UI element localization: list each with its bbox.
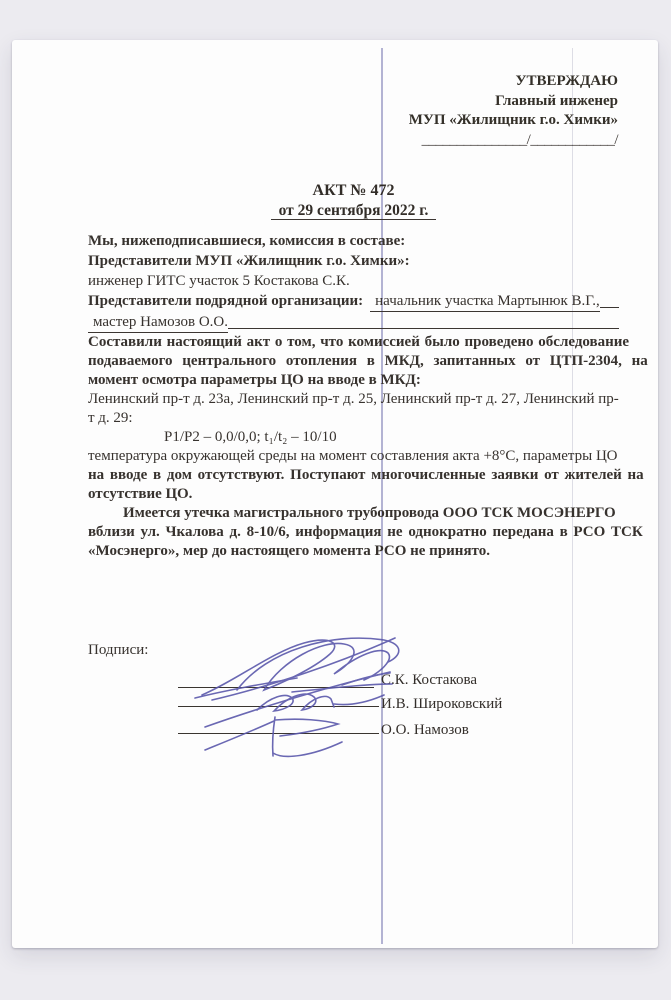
act-paragraph-3-line-2: вблизи ул. Чкалова д. 8-10/6, информация… <box>88 523 619 542</box>
act-paragraph-1-line-2: подаваемого центрального отопления в МКД… <box>88 352 619 371</box>
commission-mup-header: Представители МУП «Жилищник г.о. Химки»: <box>88 251 619 271</box>
signature-line-1 <box>178 687 374 688</box>
contractor-name-2: мастер Намозов О.О. <box>88 312 228 333</box>
signature-ink-2 <box>205 672 390 727</box>
ruled-line <box>228 312 619 329</box>
approval-org: МУП «Жилищник г.о. Химки» <box>409 111 618 131</box>
signature-ink-1 <box>237 638 399 690</box>
signature-line-3 <box>178 733 379 734</box>
signature-ink-2 <box>334 695 384 705</box>
signature-ink-3 <box>273 742 342 756</box>
scanned-document-view: УТВЕРЖДАЮ Главный инженер МУП «Жилищник … <box>0 0 671 1000</box>
approval-role: Главный инженер <box>409 92 618 112</box>
document-title: АКТ № 472 <box>88 182 619 200</box>
signatures-label: Подписи: <box>88 642 148 659</box>
parameters-line: Р1/Р2 – 0,0/0,0; t₁/t₂ – 10/10 <box>88 428 619 447</box>
commission-intro: Мы, нижеподписавшиеся, комиссия в состав… <box>88 231 619 251</box>
approval-signature-blank: _______________/____________/ <box>409 131 618 151</box>
commission-contractor-line-2: мастер Намозов О.О. <box>88 312 619 333</box>
document-date-text: от 29 сентября 2022 г. <box>271 202 437 220</box>
approval-block: УТВЕРЖДАЮ Главный инженер МУП «Жилищник … <box>409 72 618 150</box>
act-paragraph-2-line-3: отсутствие ЦО. <box>88 485 619 504</box>
signature-ink-3 <box>205 721 274 750</box>
document-date: от 29 сентября 2022 г. <box>88 202 619 220</box>
ruled-line <box>600 291 619 308</box>
spacer <box>363 291 370 312</box>
signature-ink-1 <box>212 638 395 700</box>
contractor-name-1: начальник участка Мартынюк В.Г., <box>370 291 600 312</box>
document-page: УТВЕРЖДАЮ Главный инженер МУП «Жилищник … <box>12 40 658 948</box>
approval-word: УТВЕРЖДАЮ <box>409 72 618 92</box>
addresses-line-2: т д. 29: <box>88 409 619 428</box>
signature-name-1: С.К. Костакова <box>381 672 477 689</box>
act-paragraph-1-line-3: момент осмотра параметры ЦО на вводе в М… <box>88 371 619 390</box>
act-paragraph-1-line-1: Составили настоящий акт о том, что комис… <box>88 333 619 352</box>
act-paragraph-2-line-2: на вводе в дом отсутствуют. Поступают мн… <box>88 466 619 485</box>
commission-mup-member: инженер ГИТС участок 5 Костакова С.К. <box>88 271 619 291</box>
commission-contractor-line: Представители подрядной организации: нач… <box>88 291 619 312</box>
signature-ink-2 <box>257 694 334 711</box>
act-paragraph-3-line-3: «Мосэнерго», мер до настоящего момента Р… <box>88 542 619 561</box>
signature-ink-3 <box>273 717 275 756</box>
signature-name-2: И.В. Широковский <box>381 696 502 713</box>
document-body: Мы, нижеподписавшиеся, комиссия в состав… <box>88 231 619 561</box>
addresses-line-1: Ленинский пр-т д. 23а, Ленинский пр-т д.… <box>88 390 619 409</box>
signature-ink-1 <box>195 678 297 698</box>
act-paragraph-2-line-1: температура окружающей среды на момент с… <box>88 447 619 466</box>
signature-ink-1 <box>292 684 392 692</box>
contractor-label: Представители подрядной организации: <box>88 291 363 312</box>
act-paragraph-3-line-1: Имеется утечка магистрального трубопрово… <box>88 504 619 523</box>
signature-name-3: О.О. Намозов <box>381 722 469 739</box>
signature-line-2 <box>178 706 379 707</box>
